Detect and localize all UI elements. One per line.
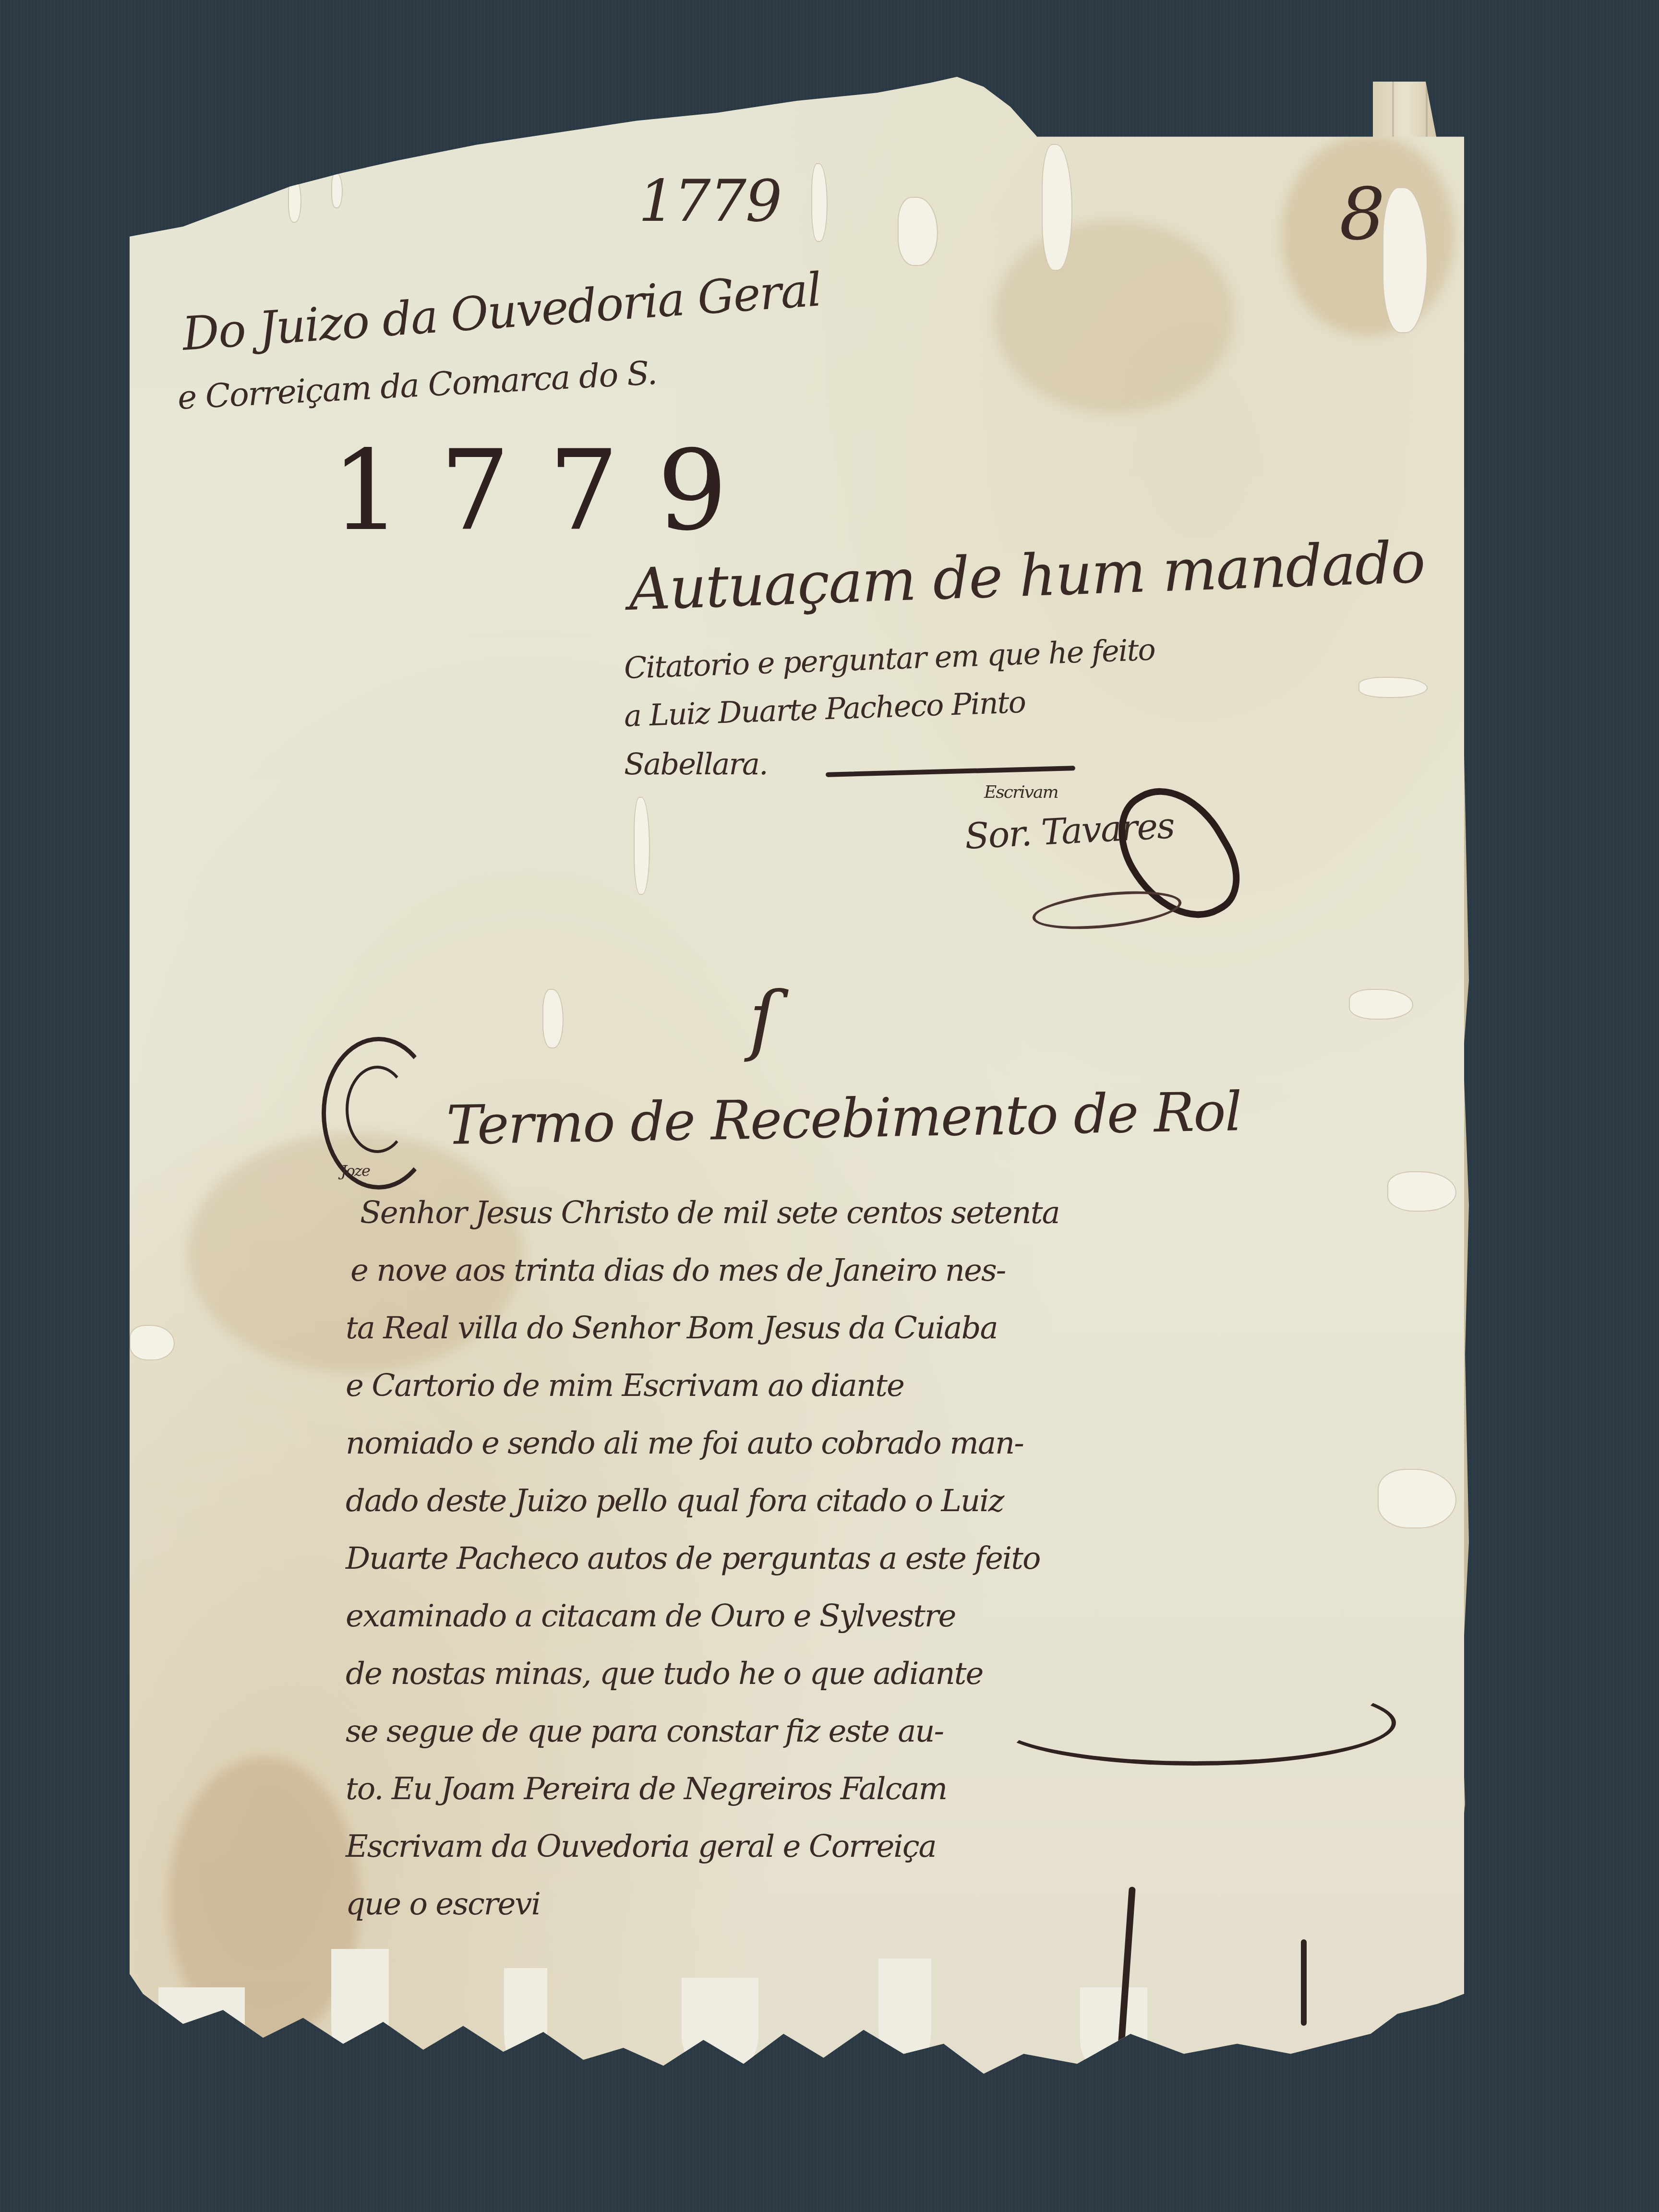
body-line: de nostas minas, que tudo he o que adian… xyxy=(346,1656,983,1692)
folio-number: 1779 xyxy=(638,168,781,235)
page-number: 8 xyxy=(1339,173,1384,256)
body-line: Senhor Jesus Christo de mil sete centos … xyxy=(360,1195,1059,1231)
paper-damage xyxy=(634,797,650,895)
year: 1779 xyxy=(331,427,766,555)
frayed-edge xyxy=(331,1949,389,2074)
body-line: que o escrevi xyxy=(346,1887,540,1922)
title-initial-flourish-inner xyxy=(346,1066,409,1153)
water-stain xyxy=(994,221,1234,413)
court-heading: Do Juizo da Ouvedoria Geral xyxy=(180,263,822,361)
court-subheading: e Correiçam da Comarca do S. xyxy=(177,354,658,417)
paper-damage xyxy=(1349,989,1413,1020)
closing-flourish xyxy=(994,1680,1396,1766)
case-summary-line: a Luiz Duarte Pacheco Pinto xyxy=(624,685,1026,733)
paper-damage xyxy=(1378,1469,1456,1528)
body-line: nomiado e sendo ali me foi auto cobrado … xyxy=(346,1426,1023,1461)
body-line: dado deste Juizo pello qual fora citado … xyxy=(346,1483,1003,1519)
body-line: se segue de que para constar fiz este au… xyxy=(346,1714,943,1749)
body-line: e Cartorio de mim Escrivam ao diante xyxy=(346,1368,904,1404)
case-summary-line: Citatorio e perguntar em que he feito xyxy=(624,632,1155,685)
frayed-edge xyxy=(682,1978,758,2074)
body-line: e nove aos trinta dias do mes de Janeiro… xyxy=(350,1253,1005,1288)
paper-damage xyxy=(542,989,564,1048)
paper-damage xyxy=(1387,1171,1456,1212)
frayed-edge xyxy=(1080,1987,1147,2074)
body-line: Duarte Pacheco autos de perguntas a este… xyxy=(346,1541,1040,1576)
signature-flourish xyxy=(1031,885,1183,935)
clerk-title: Escrivam xyxy=(984,782,1058,802)
paper-damage xyxy=(288,178,301,223)
title-underline xyxy=(826,766,1075,777)
paragraph-mark: ſ xyxy=(749,974,777,1064)
paper-damage xyxy=(811,163,828,242)
paper-damage xyxy=(898,197,938,266)
case-summary-line: Sabellara. xyxy=(624,746,768,781)
manuscript-sheet: 1779 8 Do Juizo da Ouvedoria Geral e Cor… xyxy=(130,77,1464,2074)
margin-note: Joze xyxy=(341,1162,370,1180)
paper-damage xyxy=(1042,144,1072,271)
body-line: examinado a citacam de Ouro e Sylvestre xyxy=(346,1599,955,1634)
termo-title: Termo de Recebimento de Rol xyxy=(446,1081,1242,1157)
frayed-edge xyxy=(158,1987,245,2074)
paper-damage xyxy=(130,1325,175,1360)
body-line: Escrivam da Ouvedoria geral e Correiça xyxy=(346,1829,936,1864)
ink-stroke xyxy=(1301,1939,1307,2026)
body-line: to. Eu Joam Pereira de Negreiros Falcam xyxy=(346,1771,947,1807)
paper-damage xyxy=(1358,677,1428,698)
frayed-edge xyxy=(878,1959,931,2074)
body-line: ta Real villa do Senhor Bom Jesus da Cui… xyxy=(346,1310,998,1346)
frayed-edge xyxy=(504,1968,547,2074)
paper-damage xyxy=(331,173,343,208)
